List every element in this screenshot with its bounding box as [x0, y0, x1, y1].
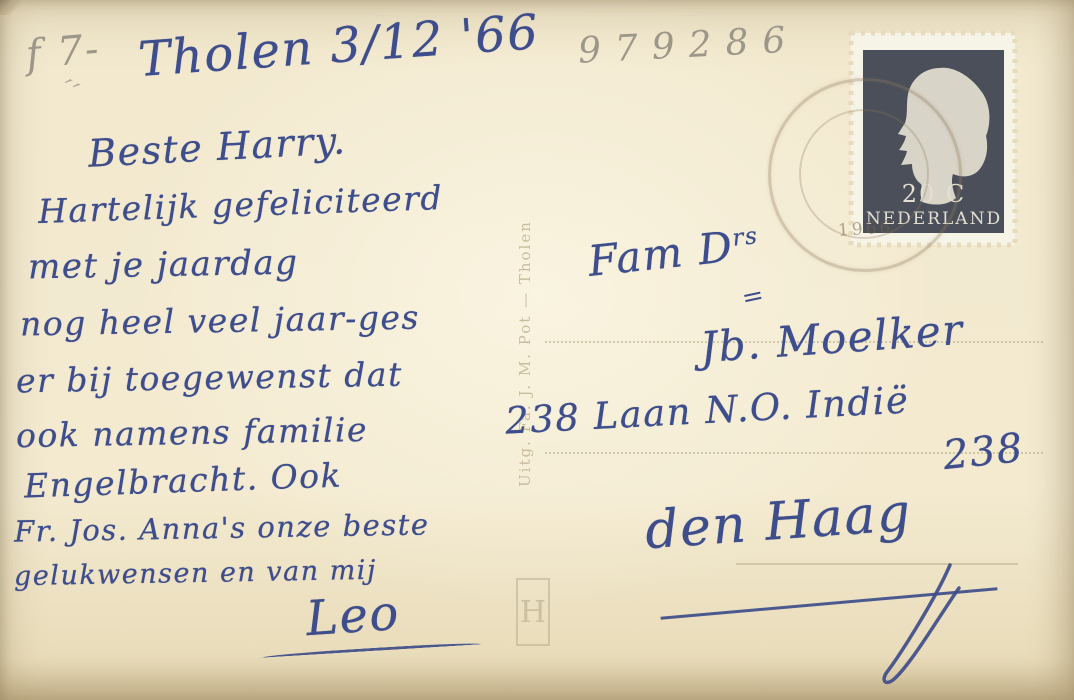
message-line: met je jaardag: [28, 246, 299, 285]
address-title-main: Fam D: [586, 222, 736, 286]
signature-underline: [262, 641, 482, 657]
address-city-flourish: [855, 560, 975, 690]
address-title-sup: rs: [731, 223, 759, 252]
pencil-price: f 7-: [24, 29, 102, 75]
message-salutation: Beste Harry.: [87, 121, 347, 172]
address-recipient-name: Jb. Moelker: [699, 309, 965, 369]
message-dateline: Tholen 3/12 '66: [137, 8, 541, 84]
message-line: nog heel veel jaar-ges: [20, 301, 420, 341]
pencil-inventory-number: 979286: [577, 22, 800, 70]
message-signature: Leo: [304, 589, 401, 643]
postmark-year: 1966: [837, 217, 894, 241]
message-line: Fr. Jos. Anna's onze beste: [14, 510, 430, 546]
message-line: er bij toegewenst dat: [16, 358, 403, 398]
address-title-underline-mark: =: [739, 280, 767, 314]
publisher-imprint: Uitg. Fa. J. M. Pot — Tholen: [516, 220, 534, 487]
message-line: gelukwensen en van mij: [14, 557, 377, 590]
postcard-back: f 7- ′′ 979286 Uitg. Fa. J. M. Pot — Tho…: [0, 0, 1074, 700]
printer-logo-letter: H: [520, 595, 546, 630]
corner-damage: [0, 0, 20, 15]
printer-logo-icon: H: [516, 578, 550, 646]
message-line: Hartelijk gefeliciteerd: [38, 181, 444, 228]
message-line: ook namens familie: [16, 413, 369, 452]
address-street: 238 Laan N.O. Indië: [504, 381, 910, 439]
address-city: den Haag: [644, 487, 914, 557]
pencil-stray-marks: ′′: [54, 76, 84, 111]
message-line: Engelbracht. Ook: [24, 458, 343, 502]
address-recipient-title: Fam Drs: [586, 223, 761, 283]
address-housenumber: 238: [941, 428, 1026, 476]
